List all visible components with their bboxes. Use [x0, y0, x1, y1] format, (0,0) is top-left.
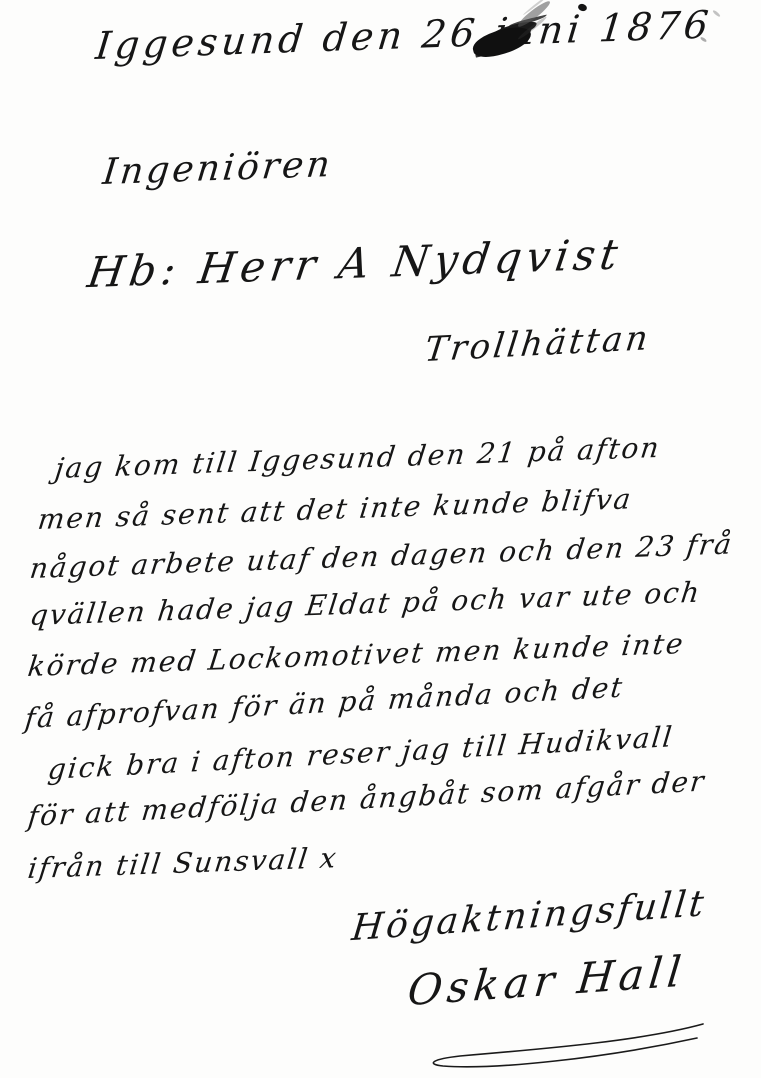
recipient-line: Hb: Herr A Nydqvist: [85, 229, 626, 297]
body-line: jag kom till Iggesund den 21 på afton: [53, 431, 663, 485]
body-line: få afprofvan för än på månda och det: [23, 671, 625, 736]
body-line: men så sent att det inte kunde blifva: [36, 482, 634, 536]
signature: Oskar Hall: [405, 946, 688, 1015]
date-line: Iggesund den 26 juni 1876: [94, 2, 715, 68]
closing-line: Högaktningsfullt: [350, 883, 709, 949]
body-line: qvällen hade jag Eldat på och var ute oc…: [28, 575, 703, 632]
signature-flourish: [415, 1012, 715, 1072]
salutation-line: Ingeniören: [101, 144, 335, 193]
place-line: Trollhättan: [423, 318, 653, 370]
ink-speck: [712, 9, 721, 17]
body-line: något arbete utaf den dagen och den 23 f…: [28, 527, 735, 585]
letter-page: Iggesund den 26 juni 1876 Ingeniören Hb:…: [0, 0, 761, 1078]
body-line: ifrån till Sunsvall x: [26, 841, 340, 885]
